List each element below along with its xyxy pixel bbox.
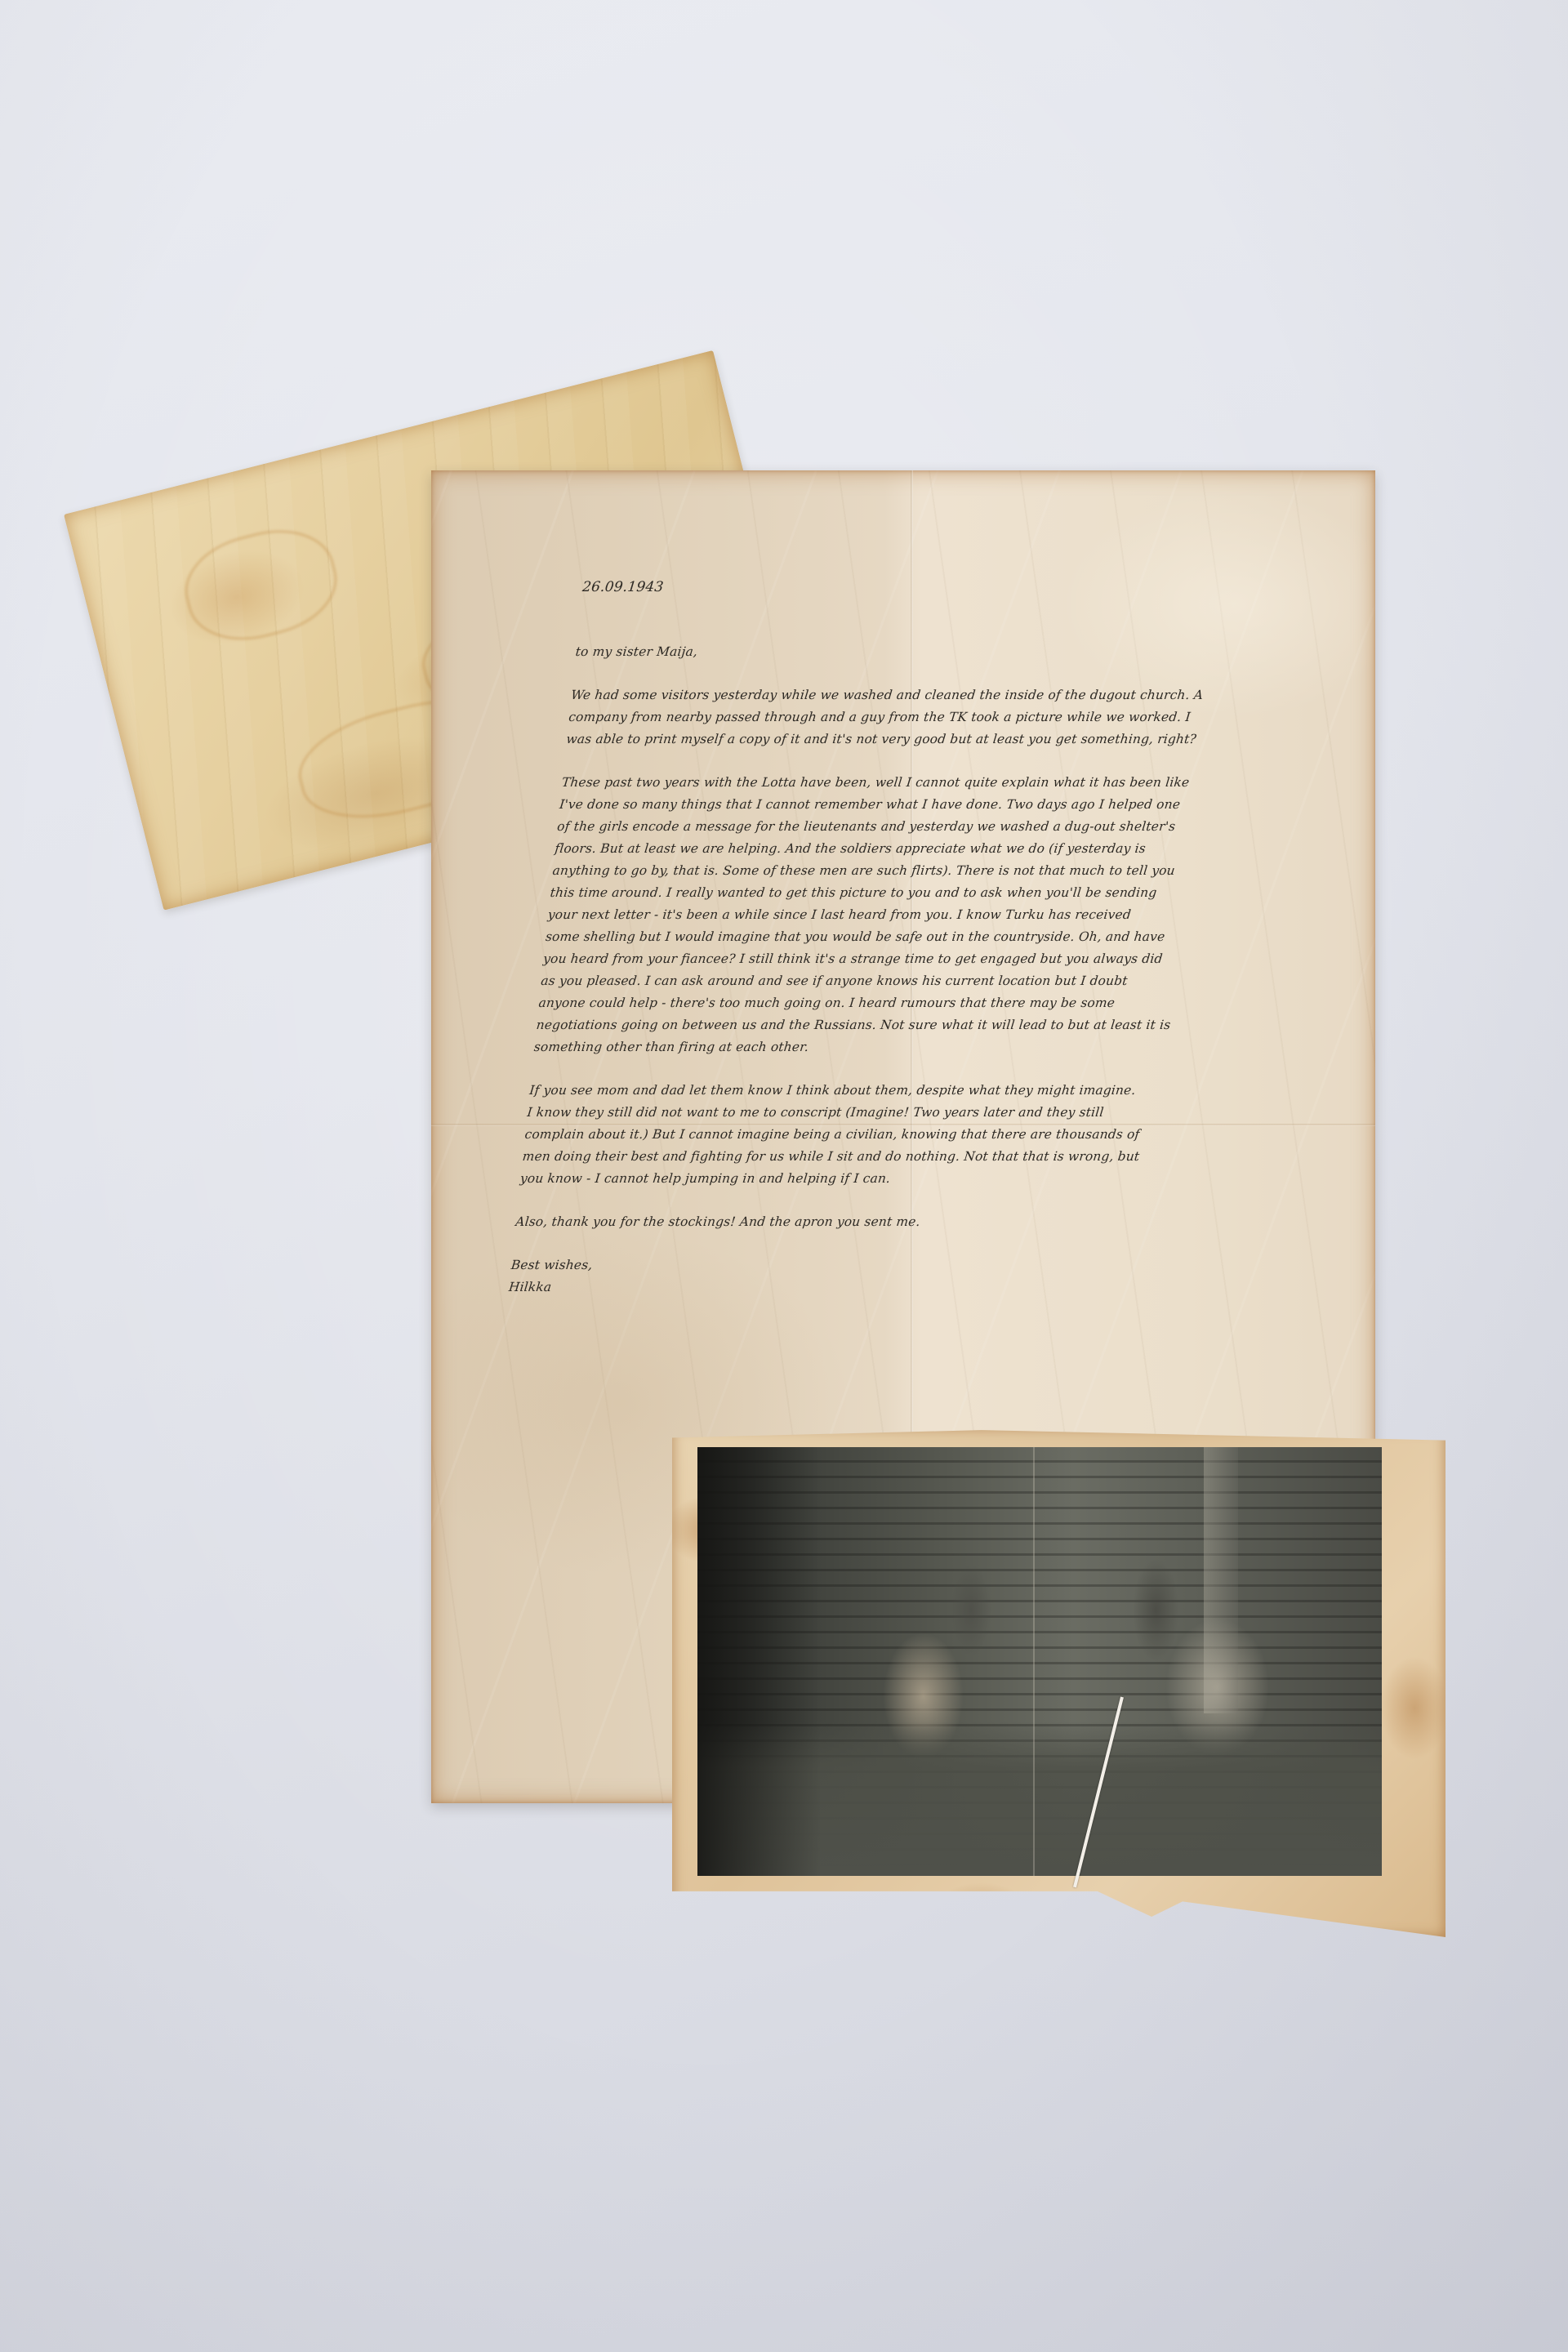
letter-paragraph: We had some visitors yesterday while we … bbox=[565, 684, 1340, 751]
photo-fold-crease bbox=[1033, 1447, 1035, 1876]
letter-paragraph: If you see mom and dad let them know I t… bbox=[519, 1080, 1298, 1190]
letter-date: 26.09.1943 bbox=[581, 577, 1352, 599]
letter-salutation: to my sister Maija, bbox=[574, 641, 1344, 663]
letter-paragraph: These past two years with the Lotta have… bbox=[532, 772, 1330, 1058]
letter-signature: Hilkka bbox=[508, 1276, 1278, 1298]
letter-closing: Best wishes, bbox=[510, 1254, 1280, 1276]
letter-body: 26.09.1943 to my sister Maija, We had so… bbox=[508, 577, 1352, 1298]
photograph-image bbox=[697, 1447, 1382, 1876]
letter-paragraph: Also, thank you for the stockings! And t… bbox=[514, 1211, 1285, 1233]
envelope-stain bbox=[175, 516, 347, 653]
old-photograph bbox=[672, 1428, 1445, 1937]
photo-shadow bbox=[697, 1447, 821, 1876]
photo-pillar bbox=[1204, 1447, 1238, 1713]
